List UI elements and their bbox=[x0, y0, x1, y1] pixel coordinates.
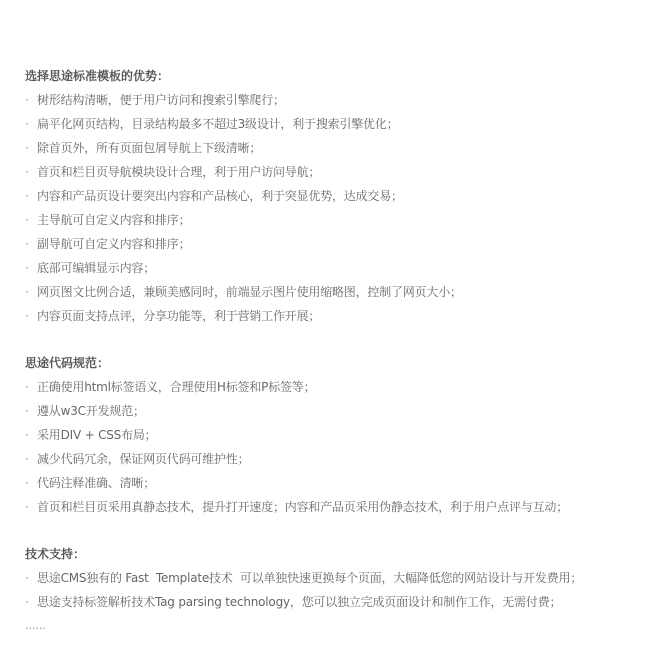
list-item: ·代码注释准确、清晰； bbox=[25, 471, 655, 495]
bullet-icon: · bbox=[25, 447, 29, 471]
list-item: ·首页和栏目页导航模块设计合理，利于用户访问导航； bbox=[25, 160, 655, 184]
list-item: ·内容和产品页设计要突出内容和产品核心，利于突显优势，达成交易； bbox=[25, 184, 655, 208]
section-heading: 技术支持： bbox=[25, 542, 655, 566]
list-item: ·首页和栏目页采用真静态技术，提升打开速度；内容和产品页采用伪静态技术，利于用户… bbox=[25, 495, 655, 519]
list-item: ·思途CMS独有的 Fast Template技术 可以单独快速更换每个页面，大… bbox=[25, 566, 655, 590]
bullet-icon: · bbox=[25, 375, 29, 399]
list-item: ·副导航可自定义内容和排序； bbox=[25, 232, 655, 256]
bullet-icon: · bbox=[25, 88, 29, 112]
bullet-icon: · bbox=[25, 232, 29, 256]
bullet-icon: · bbox=[25, 590, 29, 614]
bullet-icon: · bbox=[25, 136, 29, 160]
bullet-icon: · bbox=[25, 495, 29, 519]
bullet-icon: · bbox=[25, 399, 29, 423]
list-item: ·主导航可自定义内容和排序； bbox=[25, 208, 655, 232]
bullet-icon: · bbox=[25, 112, 29, 136]
bullet-icon: · bbox=[25, 184, 29, 208]
section-tech-support: 技术支持： ·思途CMS独有的 Fast Template技术 可以单独快速更换… bbox=[25, 542, 655, 638]
section-code-standards: 思途代码规范： ·正确使用html标签语义，合理使用H标签和P标签等； ·遵从w… bbox=[25, 351, 655, 519]
list-item: ·树形结构清晰，便于用户访问和搜索引擎爬行； bbox=[25, 88, 655, 112]
list-item: ·除首页外，所有页面包屑导航上下级清晰； bbox=[25, 136, 655, 160]
section-spacer bbox=[25, 328, 655, 351]
list-item: ·思途支持标签解析技术Tag parsing technology，您可以独立完… bbox=[25, 590, 655, 614]
list-item: ·采用DIV + CSS布局； bbox=[25, 423, 655, 447]
bullet-icon: · bbox=[25, 423, 29, 447]
list-item: ·底部可编辑显示内容； bbox=[25, 256, 655, 280]
document-content: 选择思途标准模板的优势： ·树形结构清晰，便于用户访问和搜索引擎爬行； ·扁平化… bbox=[25, 64, 655, 638]
section-spacer bbox=[25, 519, 655, 542]
bullet-icon: · bbox=[25, 566, 29, 590]
bullet-icon: · bbox=[25, 304, 29, 328]
ellipsis-text: ...... bbox=[25, 614, 655, 638]
list-item: ·正确使用html标签语义，合理使用H标签和P标签等； bbox=[25, 375, 655, 399]
list-item: ·内容页面支持点评，分享功能等，利于营销工作开展； bbox=[25, 304, 655, 328]
list-item: ·遵从w3C开发规范； bbox=[25, 399, 655, 423]
bullet-icon: · bbox=[25, 256, 29, 280]
section-heading: 选择思途标准模板的优势： bbox=[25, 64, 655, 88]
bullet-icon: · bbox=[25, 160, 29, 184]
list-item: ·扁平化网页结构，目录结构最多不超过3级设计，利于搜索引擎优化； bbox=[25, 112, 655, 136]
section-heading: 思途代码规范： bbox=[25, 351, 655, 375]
bullet-icon: · bbox=[25, 208, 29, 232]
bullet-icon: · bbox=[25, 280, 29, 304]
list-item: ·减少代码冗余，保证网页代码可维护性； bbox=[25, 447, 655, 471]
list-item: ·网页图文比例合适，兼顾美感同时，前端显示图片使用缩略图，控制了网页大小； bbox=[25, 280, 655, 304]
bullet-icon: · bbox=[25, 471, 29, 495]
section-template-advantages: 选择思途标准模板的优势： ·树形结构清晰，便于用户访问和搜索引擎爬行； ·扁平化… bbox=[25, 64, 655, 328]
